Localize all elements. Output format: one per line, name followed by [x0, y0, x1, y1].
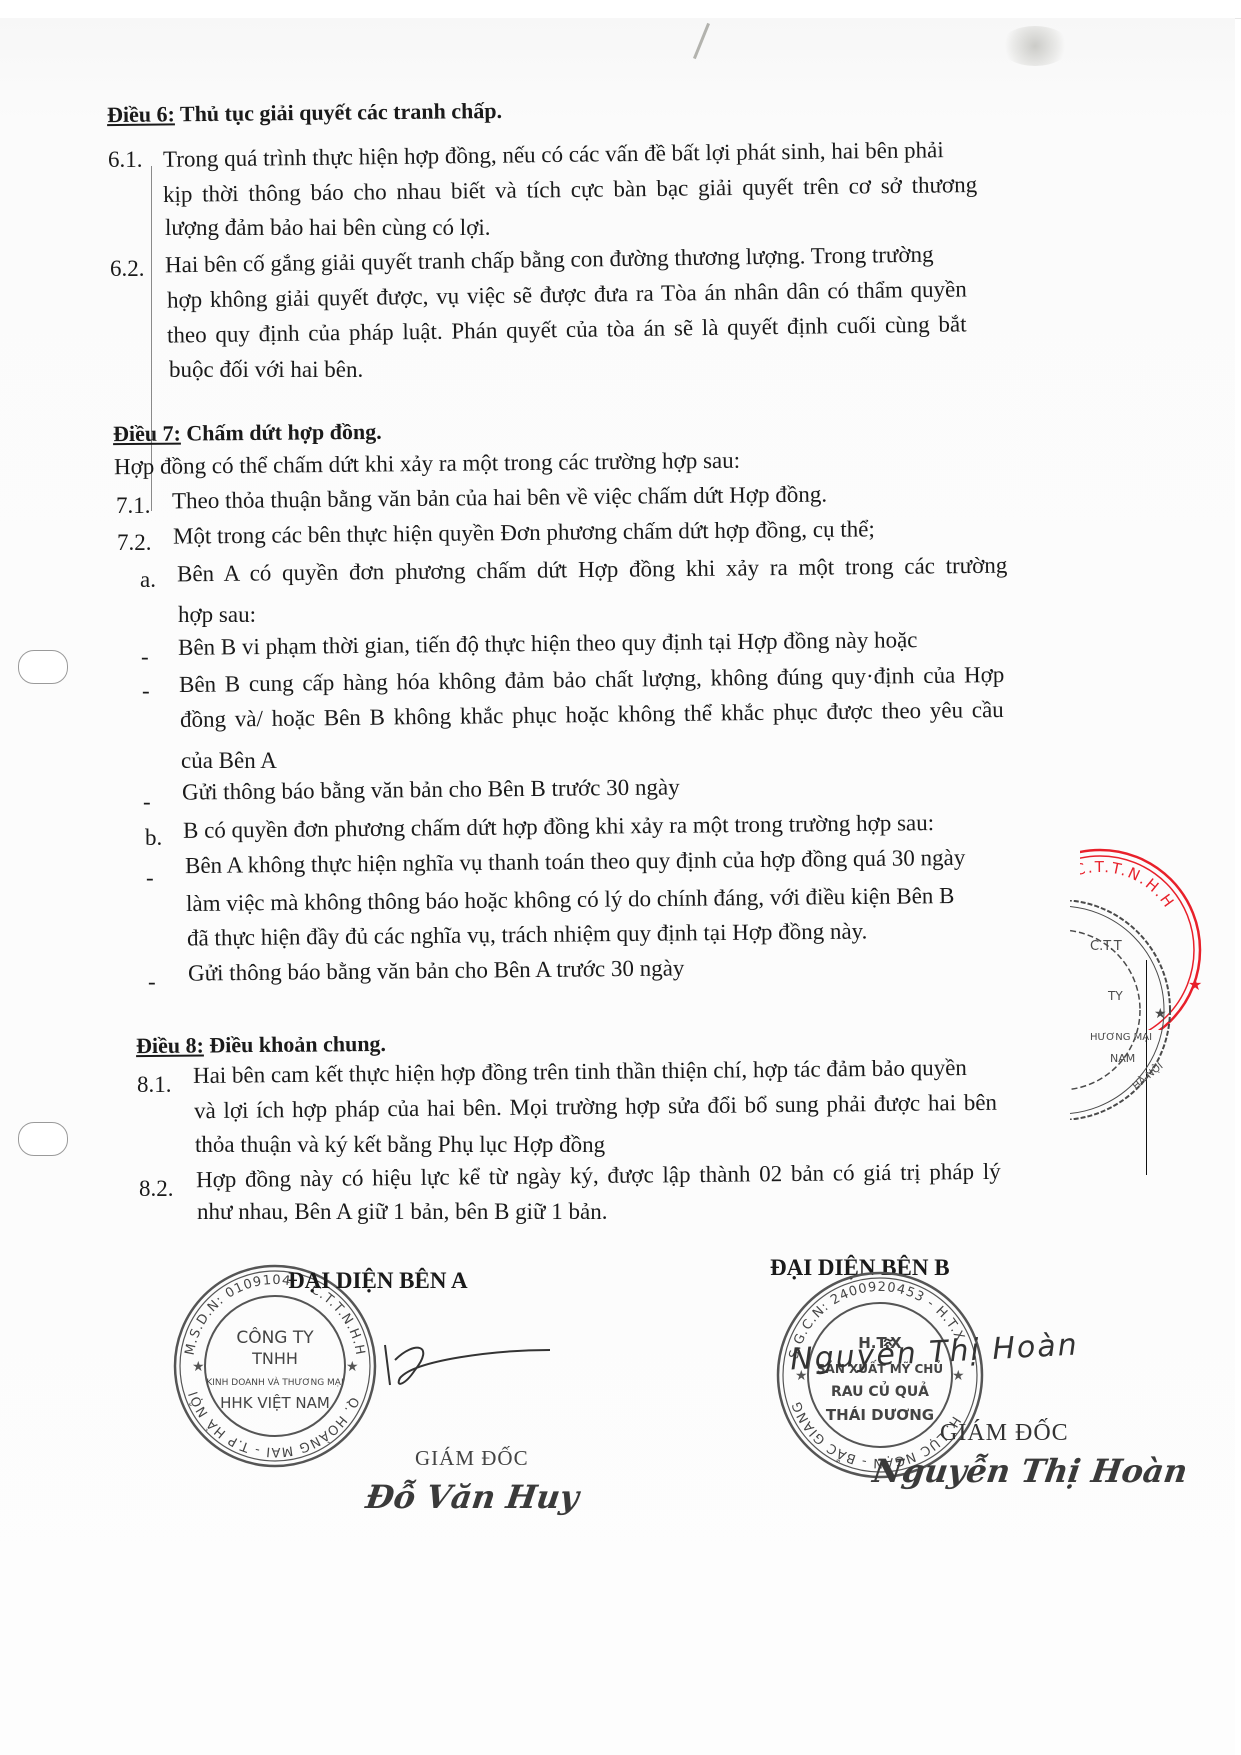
article-7-heading: Điều 7: Chấm dứt hợp đồng.	[113, 419, 382, 447]
svg-text:★: ★	[192, 1360, 205, 1375]
sub-a-bullet-2: của Bên A	[181, 749, 277, 772]
sub-a-marker: a.	[140, 568, 156, 591]
grey-stamp-fragment: NAM	[1110, 1052, 1135, 1065]
article-7-label: Điều 7:	[113, 421, 181, 447]
grey-stamp-fragment: HƯƠNG MẠI	[1090, 1032, 1152, 1043]
party-a-name: Đỗ Văn Huy	[363, 1478, 581, 1516]
party-a-stamp-line: CÔNG TY	[236, 1326, 314, 1348]
item-8-2-number: 8.2.	[139, 1177, 174, 1200]
article-7-title: Chấm dứt hợp đồng.	[186, 419, 382, 446]
item-6-2-line: buộc đối với hai bên.	[169, 358, 363, 381]
svg-text:★: ★	[952, 1369, 965, 1384]
article-6-heading: Điều 6: Thủ tục giải quyết các tranh chấ…	[107, 98, 502, 128]
sub-a-line: hợp sau:	[178, 603, 256, 626]
item-8-1-number: 8.1.	[137, 1073, 172, 1096]
svg-text:★: ★	[346, 1360, 359, 1375]
item-6-2-number: 6.2.	[110, 257, 145, 280]
bullet-marker: -	[146, 866, 154, 889]
party-a-stamp-line: TNHH	[251, 1349, 298, 1368]
party-b-stamp-line: RAU CỦ QUẢ	[831, 1381, 929, 1400]
svg-text:★: ★	[1188, 977, 1202, 994]
party-a-signature-scrawl	[375, 1330, 555, 1400]
grey-stamp-fragment: TY	[1107, 989, 1123, 1003]
item-6-1-number: 6.1.	[108, 148, 143, 171]
article-8-heading: Điều 8: Điều khoản chung.	[136, 1031, 386, 1059]
bullet-marker: -	[142, 679, 150, 702]
scan-top-edge	[0, 0, 1241, 19]
punch-hole-top	[18, 650, 68, 684]
party-a-stamp-line: KINH DOANH VÀ THƯƠNG MẠI	[206, 1376, 343, 1388]
sub-a-bullet-3: Gửi thông báo bằng văn bản cho Bên B trư…	[182, 775, 680, 803]
margin-grey-stamp: C.T.T TY HƯƠNG MẠI NAM HÀ NỘI ★	[1070, 900, 1180, 1120]
item-7-1-number: 7.1.	[116, 494, 151, 517]
bullet-marker: -	[148, 970, 156, 993]
party-b-stamp-line: THÁI DƯƠNG	[826, 1405, 934, 1424]
party-b-role: GIÁM ĐỐC	[940, 1420, 1069, 1447]
party-a-role: GIÁM ĐỐC	[415, 1446, 529, 1471]
article-8-label: Điều 8:	[136, 1032, 204, 1058]
item-7-2-number: 7.2.	[117, 531, 152, 554]
party-a-stamp-line: HHK VIỆT NAM	[220, 1393, 330, 1412]
party-b-name: Nguyễn Thị Hoàn	[870, 1452, 1190, 1490]
party-a-title: ĐẠI DIỆN BÊN A	[288, 1268, 468, 1294]
grey-stamp-fragment: C.T.T	[1090, 939, 1122, 954]
scan-scratch	[693, 23, 710, 59]
punch-hole-bottom	[18, 1122, 68, 1156]
sub-b-marker: b.	[145, 826, 162, 849]
bullet-marker: -	[143, 790, 151, 813]
bullet-marker: -	[141, 645, 149, 668]
article-8-title: Điều khoản chung.	[209, 1031, 386, 1058]
sub-b-bullet-2: Gửi thông báo bằng văn bản cho Bên A trư…	[188, 956, 685, 984]
svg-text:★: ★	[1154, 1007, 1167, 1022]
article-6-label: Điều 6:	[107, 101, 175, 127]
item-8-1-line: thỏa thuận và ký kết bằng Phụ lục Hợp đồ…	[195, 1133, 605, 1156]
item-6-1-line: lượng đảm bảo hai bên cùng có lợi.	[165, 216, 491, 239]
scan-smudge	[1000, 26, 1070, 66]
article-6-title: Thủ tục giải quyết các tranh chấp.	[180, 98, 502, 126]
item-8-2-line: như nhau, Bên A giữ 1 bản, bên B giữ 1 b…	[197, 1200, 607, 1223]
